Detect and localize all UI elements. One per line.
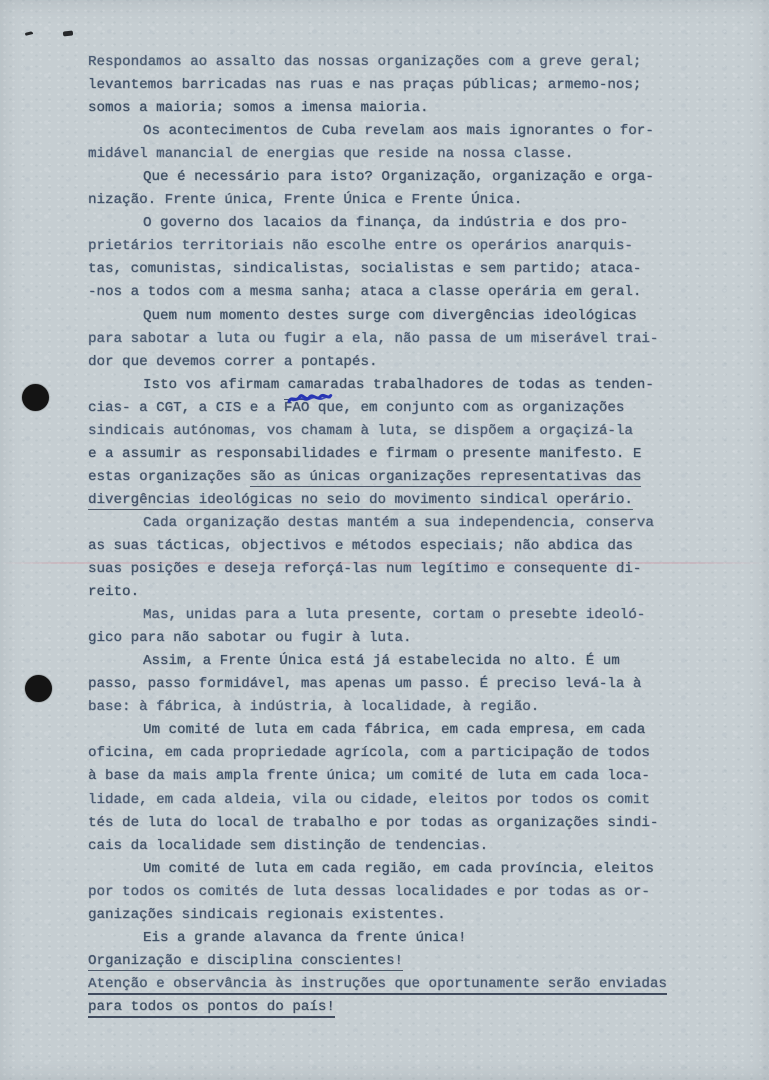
document-line-partial-underline: estas organizações são as únicas organiz… xyxy=(88,466,728,489)
document-line-slogan: Atenção e observância às instruções que … xyxy=(88,973,728,996)
document-line: -nos a todos com a mesma sanha; ataca a … xyxy=(88,281,728,304)
document-text: Respondamos ao assalto das nossas organi… xyxy=(88,51,728,1019)
document-line: Cada organização destas mantém a sua ind… xyxy=(88,512,728,535)
document-line: levantemos barricadas nas ruas e nas pra… xyxy=(88,74,728,97)
document-line: prietários territoriais não escolhe entr… xyxy=(88,235,728,258)
punch-hole-icon xyxy=(22,384,49,411)
document-line: à base da mais ampla frente única; um co… xyxy=(88,765,728,788)
document-line: base: à fábrica, à indústria, à localida… xyxy=(88,696,728,719)
document-line: por todos os comités de luta dessas loca… xyxy=(88,881,728,904)
document-line: e a assumir as responsabilidades e firma… xyxy=(88,443,728,466)
document-line: lidade, em cada aldeia, vila ou cidade, … xyxy=(88,789,728,812)
underlined-text: Atenção e observância às instruções que … xyxy=(88,976,667,995)
ink-speck xyxy=(25,31,33,36)
ink-speck xyxy=(63,30,73,36)
document-line: Eis a grande alavanca da frente única! xyxy=(88,927,728,950)
document-line: as suas tácticas, objectivos e métodos e… xyxy=(88,535,728,558)
document-line: Mas, unidas para a luta presente, cortam… xyxy=(88,604,728,627)
document-line: Um comité de luta em cada fábrica, em ca… xyxy=(88,719,728,742)
underlined-text: para todos os pontos do país! xyxy=(88,999,335,1018)
underlined-text: divergências ideológicas no seio do movi… xyxy=(88,492,633,510)
document-line-slogan: Organização e disciplina conscientes! xyxy=(88,950,728,973)
document-line: somos a maioria; somos a imensa maioria. xyxy=(88,97,728,120)
document-line: tés de luta do local de trabalho e por t… xyxy=(88,812,728,835)
document-line: Respondamos ao assalto das nossas organi… xyxy=(88,51,728,74)
document-line-slogan: para todos os pontos do país! xyxy=(88,996,728,1019)
document-line: Os acontecimentos de Cuba revelam aos ma… xyxy=(88,120,728,143)
document-line: dor que devemos correr a pontapés. xyxy=(88,351,728,374)
document-line-fao: cias- a CGT, a CIS e a FAO que, em conju… xyxy=(88,397,728,420)
document-line: O governo dos lacaios da finança, da ind… xyxy=(88,212,728,235)
document-line: ganizações sindicais regionais existente… xyxy=(88,904,728,927)
document-line: Quem num momento destes surge com diverg… xyxy=(88,305,728,328)
document-line: para sabotar a luta ou fugir a ela, não … xyxy=(88,328,728,351)
document-line: gico para não sabotar ou fugir à luta. xyxy=(88,627,728,650)
document-line: Um comité de luta em cada região, em cad… xyxy=(88,858,728,881)
document-line: Assim, a Frente Única está já estabeleci… xyxy=(88,650,728,673)
document-line: reito. xyxy=(88,581,728,604)
document-line: nização. Frente única, Frente Única e Fr… xyxy=(88,189,728,212)
document-line: Isto vos afirmam camaradas trabalhadores… xyxy=(88,374,728,397)
punch-hole-icon xyxy=(25,675,52,702)
scanned-document-page: Respondamos ao assalto das nossas organi… xyxy=(0,0,769,1080)
document-line: passo, passo formidável, mas apenas um p… xyxy=(88,673,728,696)
document-line: suas posições e deseja reforçá-las num l… xyxy=(88,558,728,581)
document-line: tas, comunistas, sindicalistas, socialis… xyxy=(88,258,728,281)
document-line: oficina, em cada propriedade agrícola, c… xyxy=(88,742,728,765)
document-line: midável manancial de energias que reside… xyxy=(88,143,728,166)
underlined-text: são as únicas organizações representativ… xyxy=(250,469,642,487)
blue-ink-scribble xyxy=(286,389,333,411)
document-line: Que é necessário para isto? Organização,… xyxy=(88,166,728,189)
document-line: cais da localidade sem distinção de tend… xyxy=(88,835,728,858)
underlined-text: Organização e disciplina conscientes! xyxy=(88,953,403,971)
document-line: sindicais autónomas, vos chamam à luta, … xyxy=(88,420,728,443)
document-line: divergências ideológicas no seio do movi… xyxy=(88,489,728,512)
